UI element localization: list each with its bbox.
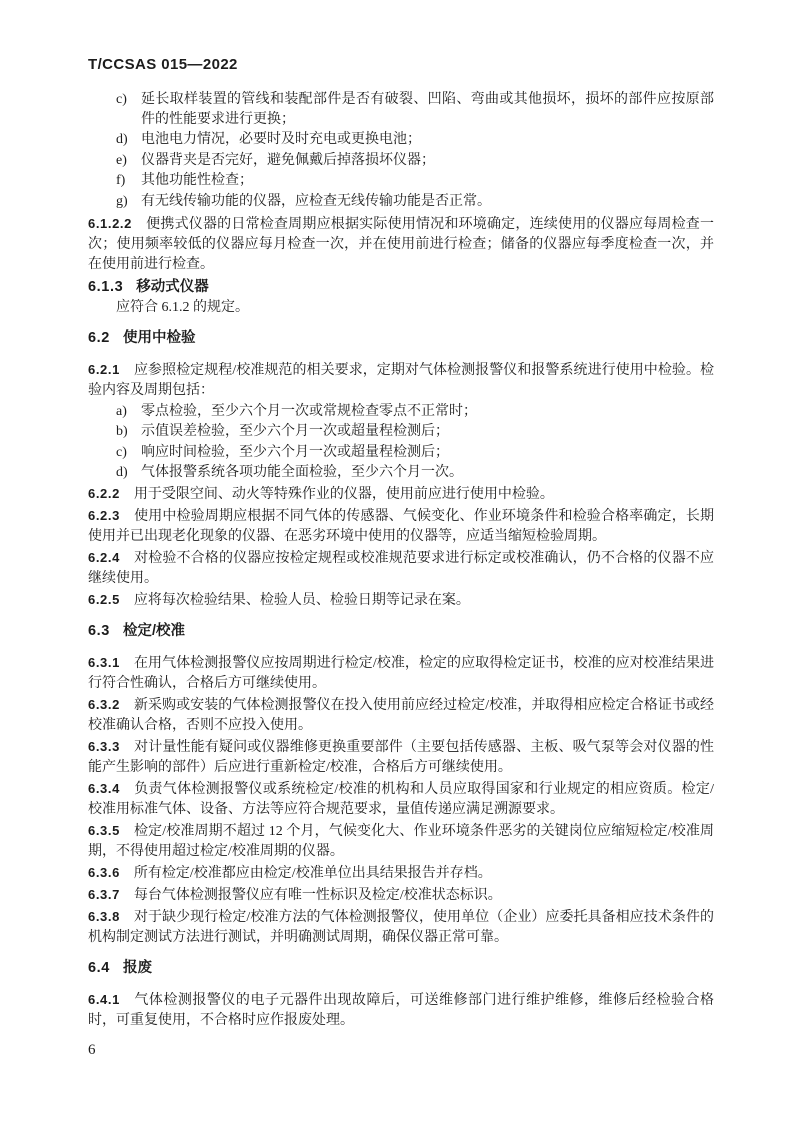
clause-paragraph: 6.2.5应将每次检验结果、检验人员、检验日期等记录在案。 — [88, 590, 714, 611]
clause-paragraph: 6.3.6所有检定/校准都应由检定/校准单位出具结果报告并存档。 — [88, 863, 714, 884]
clause-paragraph: 6.3.2新采购或安装的气体检测报警仪在投入使用前应经过检定/校准，并取得相应检… — [88, 695, 714, 736]
list-item-text: 气体报警系统各项功能全面检验，至少六个月一次。 — [141, 463, 714, 483]
section-heading: 6.1.3移动式仪器 — [88, 277, 714, 297]
list-item-text: 电池电力情况，必要时及时充电或更换电池； — [141, 130, 714, 150]
heading-number: 6.1.3 — [88, 279, 123, 295]
clause-text: 所有检定/校准都应由检定/校准单位出具结果报告并存档。 — [134, 866, 492, 881]
section-heading: 6.2使用中检验 — [88, 328, 714, 348]
clause-text: 气体检测报警仪的电子元器件出现故障后，可送维修部门进行维护维修，维修后经检验合格… — [88, 993, 714, 1028]
document-body: c) 延长取样装置的管线和装配部件是否有破裂、凹陷、弯曲或其他损坏，损坏的部件应… — [88, 89, 714, 1032]
list-item: d) 电池电力情况，必要时及时充电或更换电池； — [88, 130, 714, 150]
list-item-label: g) — [116, 192, 141, 212]
clause-paragraph: 6.3.7每台气体检测报警仪应有唯一性标识及检定/校准状态标识。 — [88, 885, 714, 906]
clause-number: 6.2.2 — [88, 486, 120, 501]
clause-text: 负责气体检测报警仪或系统检定/校准的机构和人员应取得国家和行业规定的相应资质。检… — [88, 782, 714, 817]
list-item-text: 示值误差检验，至少六个月一次或超量程检测后； — [141, 422, 714, 442]
clause-number: 6.3.4 — [88, 781, 120, 796]
list-item-text: 零点检验，至少六个月一次或常规检查零点不正常时； — [141, 402, 714, 422]
list-item-label: d) — [116, 130, 141, 150]
clause-paragraph: 6.3.3对计量性能有疑问或仪器维修更换重要部件（主要包括传感器、主板、吸气泵等… — [88, 737, 714, 778]
list-item-label: f) — [116, 171, 141, 191]
list-item: c) 响应时间检验，至少六个月一次或超量程检测后； — [88, 443, 714, 463]
clause-number: 6.2.5 — [88, 592, 120, 607]
page-number: 6 — [88, 1042, 96, 1059]
clause-number: 6.3.3 — [88, 739, 120, 754]
clause-paragraph: 6.2.1应参照检定规程/校准规范的相关要求，定期对气体检测报警仪和报警系统进行… — [88, 360, 714, 401]
clause-number: 6.4.1 — [88, 992, 120, 1007]
list-item: d) 气体报警系统各项功能全面检验，至少六个月一次。 — [88, 463, 714, 483]
clause-paragraph: 6.3.4负责气体检测报警仪或系统检定/校准的机构和人员应取得国家和行业规定的相… — [88, 779, 714, 820]
list-item-text: 响应时间检验，至少六个月一次或超量程检测后； — [141, 443, 714, 463]
clause-text: 便携式仪器的日常检查周期应根据实际使用情况和环境确定，连续使用的仪器应每周检查一… — [88, 217, 714, 272]
clause-number: 6.2.3 — [88, 508, 120, 523]
clause-text: 对于缺少现行检定/校准方法的气体检测报警仪，使用单位（企业）应委托具备相应技术条… — [88, 910, 714, 945]
clause-paragraph: 6.3.1在用气体检测报警仪应按周期进行检定/校准，检定的应取得检定证书，校准的… — [88, 653, 714, 694]
clause-number: 6.3.6 — [88, 865, 120, 880]
clause-number: 6.1.2.2 — [88, 216, 132, 231]
list-item-text: 仪器背夹是否完好，避免佩戴后掉落损坏仪器； — [141, 151, 714, 171]
section-heading: 6.3检定/校准 — [88, 621, 714, 641]
clause-text: 检定/校准周期不超过 12 个月，气候变化大、作业环境条件恶劣的关键岗位应缩短检… — [88, 824, 714, 859]
clause-paragraph: 6.3.8对于缺少现行检定/校准方法的气体检测报警仪，使用单位（企业）应委托具备… — [88, 907, 714, 948]
clause-text: 每台气体检测报警仪应有唯一性标识及检定/校准状态标识。 — [134, 888, 502, 903]
clause-number: 6.3.1 — [88, 655, 120, 670]
list-item-label: c) — [116, 90, 141, 130]
clause-text: 使用中检验周期应根据不同气体的传感器、气候变化、作业环境条件和检验合格率确定，长… — [88, 509, 714, 544]
list-item: b) 示值误差检验，至少六个月一次或超量程检测后； — [88, 422, 714, 442]
heading-title: 检定/校准 — [123, 623, 185, 639]
clause-text: 应参照检定规程/校准规范的相关要求，定期对气体检测报警仪和报警系统进行使用中检验… — [88, 363, 714, 398]
list-item-label: b) — [116, 422, 141, 442]
clause-paragraph: 应符合 6.1.2 的规定。 — [88, 298, 714, 318]
clause-text: 对计量性能有疑问或仪器维修更换重要部件（主要包括传感器、主板、吸气泵等会对仪器的… — [88, 740, 714, 775]
list-item-label: e) — [116, 151, 141, 171]
clause-text: 在用气体检测报警仪应按周期进行检定/校准，检定的应取得检定证书，校准的应对校准结… — [88, 656, 714, 691]
list-item-text: 其他功能性检查； — [141, 171, 714, 191]
heading-title: 报废 — [123, 960, 152, 976]
clause-paragraph: 6.1.2.2便携式仪器的日常检查周期应根据实际使用情况和环境确定，连续使用的仪… — [88, 214, 714, 275]
clause-number: 6.3.5 — [88, 823, 120, 838]
document-page: T/CCSAS 015—2022 c) 延长取样装置的管线和装配部件是否有破裂、… — [0, 0, 800, 1131]
clause-number: 6.3.2 — [88, 697, 120, 712]
clause-paragraph: 6.3.5检定/校准周期不超过 12 个月，气候变化大、作业环境条件恶劣的关键岗… — [88, 821, 714, 862]
list-item-label: a) — [116, 402, 141, 422]
list-item-text: 有无线传输功能的仪器，应检查无线传输功能是否正常。 — [141, 192, 714, 212]
heading-number: 6.2 — [88, 330, 110, 346]
list-item-label: c) — [116, 443, 141, 463]
clause-paragraph: 6.2.2用于受限空间、动火等特殊作业的仪器，使用前应进行使用中检验。 — [88, 484, 714, 505]
clause-number: 6.3.7 — [88, 887, 120, 902]
list-item: c) 延长取样装置的管线和装配部件是否有破裂、凹陷、弯曲或其他损坏，损坏的部件应… — [88, 90, 714, 130]
list-item-label: d) — [116, 463, 141, 483]
heading-title: 移动式仪器 — [136, 279, 209, 295]
heading-title: 使用中检验 — [123, 330, 196, 346]
running-header: T/CCSAS 015—2022 — [88, 56, 238, 73]
clause-text: 对检验不合格的仪器应按检定规程或校准规范要求进行标定或校准确认，仍不合格的仪器不… — [88, 551, 714, 586]
clause-paragraph: 6.2.4对检验不合格的仪器应按检定规程或校准规范要求进行标定或校准确认，仍不合… — [88, 548, 714, 589]
list-item-text: 延长取样装置的管线和装配部件是否有破裂、凹陷、弯曲或其他损坏，损坏的部件应按原部… — [141, 90, 714, 130]
list-item: f) 其他功能性检查； — [88, 171, 714, 191]
clause-text: 新采购或安装的气体检测报警仪在投入使用前应经过检定/校准，并取得相应检定合格证书… — [88, 698, 714, 733]
clause-text: 应将每次检验结果、检验人员、检验日期等记录在案。 — [134, 593, 470, 608]
heading-number: 6.4 — [88, 960, 110, 976]
clause-number: 6.2.1 — [88, 362, 120, 377]
clause-number: 6.2.4 — [88, 550, 120, 565]
clause-paragraph: 6.2.3使用中检验周期应根据不同气体的传感器、气候变化、作业环境条件和检验合格… — [88, 506, 714, 547]
clause-paragraph: 6.4.1气体检测报警仪的电子元器件出现故障后，可送维修部门进行维护维修，维修后… — [88, 990, 714, 1031]
clause-number: 6.3.8 — [88, 909, 120, 924]
list-item: a) 零点检验，至少六个月一次或常规检查零点不正常时； — [88, 402, 714, 422]
list-item: e) 仪器背夹是否完好，避免佩戴后掉落损坏仪器； — [88, 151, 714, 171]
clause-text: 用于受限空间、动火等特殊作业的仪器，使用前应进行使用中检验。 — [134, 487, 554, 502]
heading-number: 6.3 — [88, 623, 110, 639]
section-heading: 6.4报废 — [88, 958, 714, 978]
list-item: g) 有无线传输功能的仪器，应检查无线传输功能是否正常。 — [88, 192, 714, 212]
